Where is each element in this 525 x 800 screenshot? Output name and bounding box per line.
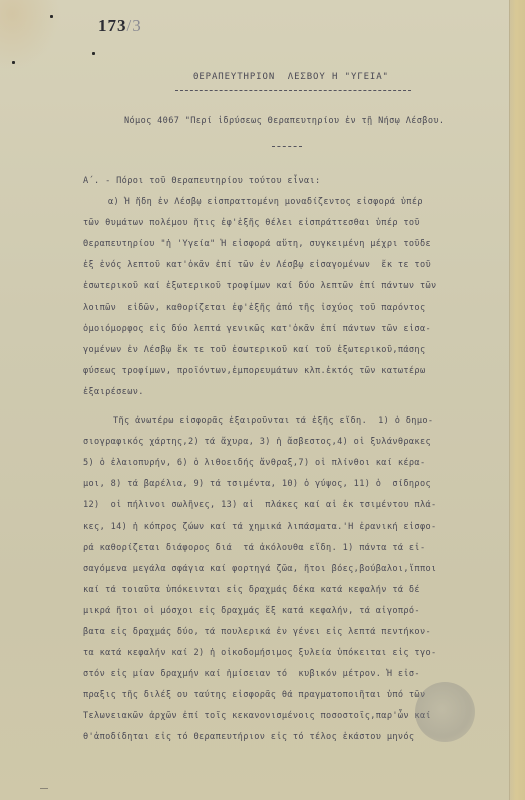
body-line: φύσεως τροφίμων, προϊόντων,ἐμπορευμάτων … xyxy=(83,361,503,382)
body-line: σιογραφικός χάρτης,2) τά ἄχυρα, 3) ἡ ἄσβ… xyxy=(83,432,503,453)
ink-speck xyxy=(92,52,95,55)
body-line: κες, 14) ἡ κόπρος ζώων καί τά χημικά λιπ… xyxy=(83,517,503,538)
document-title: ΘΕΡΑΠΕΥΤΗΡΙΟΝ ΛΕΣΒΟΥ Η "ΥΓΕΙΑ" xyxy=(193,72,389,82)
body-line: μοι, 8) τά βαρέλια, 9) τά τσιμέντα, 10) … xyxy=(83,474,503,495)
body-line: μικρά ἤτοι οἱ μόσχοι εἰς δραχμάς ἕξ κατά… xyxy=(83,601,503,622)
folio-main: 173 xyxy=(98,16,127,35)
ink-speck xyxy=(12,61,15,64)
body-line: βατα εἰς δραχμάς δύο, τά πουλερικά ἐν γέ… xyxy=(83,622,503,643)
body-line: λοιπῶν εἰδῶν, καθορίζεται ἐφ'ἑξῆς ἀπό τῆ… xyxy=(83,298,503,319)
law-reference: Νόμος 4067 "Περί ἱδρύσεως Θεραπευτηρίου … xyxy=(124,116,444,126)
folio-number: 173/3 xyxy=(98,16,142,36)
body-line: ρά καθορίζεται διάφορος διά τά ἀκόλουθα … xyxy=(83,538,503,559)
seal-stamp xyxy=(415,682,475,742)
margin-mark xyxy=(40,788,48,789)
body-line: σαγόμενα μεγάλα σφάγια καί φορτηγά ζῶα, … xyxy=(83,559,503,580)
body-line: Θεραπευτηρίου "ἡ 'Υγεία" Ἡ εἰσφορά αὕτη,… xyxy=(83,234,503,255)
body-line: ἐξ ἑνός λεπτοῦ κατ'ὀκᾶν ἐπί τῶν ἐν Λέσβῳ… xyxy=(83,255,503,276)
paper-edge xyxy=(509,0,525,800)
body-line: Τῆς ἀνωτέρω εἰσφορᾶς ἐξαιροῦνται τά ἑξῆς… xyxy=(83,411,503,432)
body-line: ἐξαιρέσεων. xyxy=(83,382,503,403)
body-line: 5) ὁ ἐλαιοπυρήν, 6) ὁ λιθοειδής ἄνθραξ,7… xyxy=(83,453,503,474)
ink-speck xyxy=(50,15,53,18)
title-underline xyxy=(175,90,411,91)
body-line: τῶν θυμάτων πολέμου ἥτις ἐφ'ἑξῆς θέλει ε… xyxy=(83,213,503,234)
body-line: τα κατά κεφαλήν καί 2) ἡ οἰκοδομήσιμος ξ… xyxy=(83,643,503,664)
document-page: 173/3 ΘΕΡΑΠΕΥΤΗΡΙΟΝ ΛΕΣΒΟΥ Η "ΥΓΕΙΑ" Νόμ… xyxy=(0,0,525,800)
body-line: 12) οἱ πήλινοι σωλῆνες, 13) αἱ πλάκες κα… xyxy=(83,495,503,516)
body-line: α) Ἡ ἤδη ἐν Λέσβῳ εἰσπραττομένη μοναδίζε… xyxy=(83,192,503,213)
body-line: ἐσωτερικοῦ καί ἐξωτερικοῦ τροφίμων καί δ… xyxy=(83,276,503,297)
body-line: καί τά τοιαῦτα ὑπόκεινται εἰς δραχμάς δέ… xyxy=(83,580,503,601)
section-divider xyxy=(272,146,302,147)
folio-suffix: /3 xyxy=(127,16,142,35)
body-line: γομένων ἐν Λέσβῳ ἔκ τε τοῦ ἐσωτερικοῦ κα… xyxy=(83,340,503,361)
body-line: Α΄. - Πόροι τοῦ Θεραπευτηρίου τούτου εἶν… xyxy=(83,171,503,192)
body-line: ὁμοιόμορφος εἰς δύο λεπτά γενικῶς κατ'ὀκ… xyxy=(83,319,503,340)
document-body: Α΄. - Πόροι τοῦ Θεραπευτηρίου τούτου εἶν… xyxy=(83,171,503,749)
